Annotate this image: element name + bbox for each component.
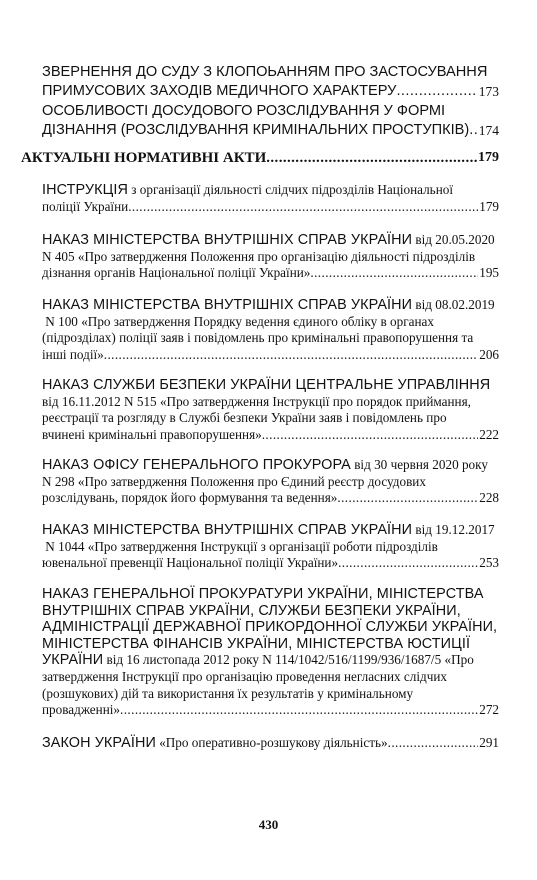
- toc-page-number: 174: [478, 121, 499, 140]
- toc-entry-line: УКРАЇНИ від 16 листопада 2012 року N 114…: [42, 652, 499, 669]
- dot-leader: [337, 490, 478, 507]
- toc-entry-text: з організації діяльності слідчих підрозд…: [128, 182, 453, 199]
- toc-page-number: 179: [478, 199, 499, 216]
- toc-entry-instruction[interactable]: ІНСТРУКЦІЯ з організації діяльності слід…: [42, 182, 499, 215]
- toc-entry-text: ПРИМУСОВИХ ЗАХОДІВ МЕДИЧНОГО ХАРАКТЕРУ: [42, 82, 396, 101]
- toc-entry-line: ОСОБЛИВОСТІ ДОСУДОВОГО РОЗСЛІДУВАННЯ У Ф…: [42, 102, 499, 121]
- toc-entry-line: ВНУТРІШНІХ СПРАВ УКРАЇНИ, СЛУЖБИ БЕЗПЕКИ…: [42, 603, 499, 620]
- toc-entry-text: від 19.12.2017: [412, 522, 495, 539]
- toc-entry-text: від 16.11.2012 N 515 «Про затвердження І…: [42, 394, 471, 411]
- toc-page-number: 206: [478, 347, 499, 364]
- section-title: АКТУАЛЬНІ НОРМАТИВНІ АКТИ: [21, 150, 266, 167]
- toc-entry-text: затвердження Інструкції про організацію …: [42, 669, 447, 686]
- toc-entry-line: інші події»206: [42, 347, 499, 364]
- dot-leader: [104, 347, 478, 364]
- toc-entry-line: від 16.11.2012 N 515 «Про затвердження І…: [42, 394, 499, 411]
- toc-page-number: 272: [478, 702, 499, 719]
- toc-page-number: 195: [478, 265, 499, 282]
- toc-page-number: 179: [477, 150, 499, 167]
- toc-entry-text: розслідувань, порядок його формування та…: [42, 490, 337, 507]
- page-number: 430: [0, 817, 537, 833]
- toc-entry-heading: АДМІНІСТРАЦІЇ ДЕРЖАВНОЇ ПРИКОРДОННОЇ СЛУ…: [42, 619, 497, 636]
- toc-entry-text: від 16 листопада 2012 року N 114/1042/51…: [103, 652, 474, 669]
- toc-entry-line: ПРИМУСОВИХ ЗАХОДІВ МЕДИЧНОГО ХАРАКТЕРУ17…: [42, 82, 499, 101]
- toc-entry-heading: НАКАЗ ОФІСУ ГЕНЕРАЛЬНОГО ПРОКУРОРА: [42, 457, 351, 474]
- toc-entry-mvs-order-2019[interactable]: НАКАЗ МІНІСТЕРСТВА ВНУТРІШНІХ СПРАВ УКРА…: [42, 297, 499, 363]
- toc-entry-text: N 100 «Про затвердження Порядку ведення …: [42, 314, 434, 331]
- toc-entry-line: реєстрації та розгляду в Службі безпеки …: [42, 410, 499, 427]
- toc-entry-line: ІНСТРУКЦІЯ з організації діяльності слід…: [42, 182, 499, 199]
- toc-entry-text: «Про оперативно-розшукову діяльність»: [156, 735, 388, 752]
- toc-entry-heading: НАКАЗ СЛУЖБИ БЕЗПЕКИ УКРАЇНИ ЦЕНТРАЛЬНЕ …: [42, 377, 490, 394]
- toc-entry-text: від 30 червня 2020 року: [351, 457, 488, 474]
- toc-entry-heading: ЗАКОН УКРАЇНИ: [42, 735, 156, 752]
- toc-entry-text: N 1044 «Про затвердження Інструкції з ор…: [42, 539, 438, 556]
- toc-entry-line: дізнання органів Національної поліції Ук…: [42, 265, 499, 282]
- dot-leader: [338, 555, 478, 572]
- toc-entry-line: провадженні»272: [42, 702, 499, 719]
- toc-entry-text: від 08.02.2019: [412, 297, 495, 314]
- toc-entry-text: ювенальної превенції Національної поліці…: [42, 555, 338, 572]
- dot-leader: [128, 199, 478, 216]
- toc-entry-line: АДМІНІСТРАЦІЇ ДЕРЖАВНОЇ ПРИКОРДОННОЇ СЛУ…: [42, 619, 499, 636]
- toc-entry-text: ОСОБЛИВОСТІ ДОСУДОВОГО РОЗСЛІДУВАННЯ У Ф…: [42, 102, 445, 121]
- toc-entry-line: ЗВЕРНЕННЯ ДО СУДУ З КЛОПОЬАННЯМ ПРО ЗАСТ…: [42, 63, 499, 82]
- dot-leader: [469, 121, 477, 140]
- toc-entry-heading: ІНСТРУКЦІЯ: [42, 182, 128, 199]
- document-page: ЗВЕРНЕННЯ ДО СУДУ З КЛОПОЬАННЯМ ПРО ЗАСТ…: [0, 0, 537, 880]
- toc-entry-line: НАКАЗ ГЕНЕРАЛЬНОЇ ПРОКУРАТУРИ УКРАЇНИ, М…: [42, 586, 499, 603]
- toc-entry-text: дізнання органів Національної поліції Ук…: [42, 265, 310, 282]
- toc-entry-text: реєстрації та розгляду в Службі безпеки …: [42, 410, 447, 427]
- toc-entry-text: провадженні»: [42, 702, 120, 719]
- toc-entry-line: вчинені кримінальні правопорушення»222: [42, 427, 499, 444]
- toc-entry-heading: ВНУТРІШНІХ СПРАВ УКРАЇНИ, СЛУЖБИ БЕЗПЕКИ…: [42, 603, 461, 620]
- toc-entry-line: N 1044 «Про затвердження Інструкції з ор…: [42, 539, 499, 556]
- toc-entry-mvs-order-2020[interactable]: НАКАЗ МІНІСТЕРСТВА ВНУТРІШНІХ СПРАВ УКРА…: [42, 232, 499, 282]
- toc-page-number: 173: [478, 82, 499, 101]
- toc-entry-line: АКТУАЛЬНІ НОРМАТИВНІ АКТИ179: [21, 150, 499, 167]
- dot-leader: [120, 702, 478, 719]
- toc-section-current-normative-acts[interactable]: АКТУАЛЬНІ НОРМАТИВНІ АКТИ179: [21, 150, 499, 167]
- toc-entry-line: НАКАЗ СЛУЖБИ БЕЗПЕКИ УКРАЇНИ ЦЕНТРАЛЬНЕ …: [42, 377, 499, 394]
- toc-entry-text: поліції України: [42, 199, 128, 216]
- toc-entry-line: поліції України179: [42, 199, 499, 216]
- toc-entry-law-operative-search[interactable]: ЗАКОН УКРАЇНИ «Про оперативно-розшукову …: [42, 735, 499, 752]
- toc-entry-heading: НАКАЗ МІНІСТЕРСТВА ВНУТРІШНІХ СПРАВ УКРА…: [42, 297, 412, 314]
- toc-entry-court-appeal[interactable]: ЗВЕРНЕННЯ ДО СУДУ З КЛОПОЬАННЯМ ПРО ЗАСТ…: [42, 63, 499, 101]
- toc-entry-line: ювенальної превенції Національної поліці…: [42, 555, 499, 572]
- toc-entry-pretrial-features[interactable]: ОСОБЛИВОСТІ ДОСУДОВОГО РОЗСЛІДУВАННЯ У Ф…: [42, 102, 499, 140]
- dot-leader: [266, 150, 477, 167]
- toc-entry-text: від 20.05.2020: [412, 232, 495, 249]
- toc-page-number: 291: [478, 735, 499, 752]
- toc-entry-line: розслідувань, порядок його формування та…: [42, 490, 499, 507]
- toc-entry-line: НАКАЗ МІНІСТЕРСТВА ВНУТРІШНІХ СПРАВ УКРА…: [42, 297, 499, 314]
- toc-entry-text: N 298 «Про затвердження Положення про Єд…: [42, 474, 426, 491]
- toc-entry-heading: НАКАЗ ГЕНЕРАЛЬНОЇ ПРОКУРАТУРИ УКРАЇНИ, М…: [42, 586, 484, 603]
- dot-leader: [262, 427, 478, 444]
- toc-entry-text: (розшукових) дій та використання їх резу…: [42, 686, 413, 703]
- toc-entry-text: ЗВЕРНЕННЯ ДО СУДУ З КЛОПОЬАННЯМ ПРО ЗАСТ…: [42, 63, 487, 82]
- toc-page-number: 222: [478, 427, 499, 444]
- toc-page-number: 253: [478, 555, 499, 572]
- toc-entry-line: N 100 «Про затвердження Порядку ведення …: [42, 314, 499, 331]
- toc-entry-text: інші події»: [42, 347, 104, 364]
- dot-leader: [396, 82, 477, 101]
- toc-entry-heading: НАКАЗ МІНІСТЕРСТВА ВНУТРІШНІХ СПРАВ УКРА…: [42, 232, 412, 249]
- toc-entry-line: НАКАЗ МІНІСТЕРСТВА ВНУТРІШНІХ СПРАВ УКРА…: [42, 232, 499, 249]
- toc-entry-prosecutor-office-order-2020[interactable]: НАКАЗ ОФІСУ ГЕНЕРАЛЬНОГО ПРОКУРОРА від 3…: [42, 457, 499, 507]
- toc-entry-line: N 405 «Про затвердження Положення про ор…: [42, 249, 499, 266]
- toc-entry-heading: УКРАЇНИ: [42, 652, 103, 669]
- toc-entry-line: (підрозділах) поліції заяв і повідомлень…: [42, 330, 499, 347]
- toc-entry-mvs-order-2017[interactable]: НАКАЗ МІНІСТЕРСТВА ВНУТРІШНІХ СПРАВ УКРА…: [42, 522, 499, 572]
- toc-entry-line: НАКАЗ МІНІСТЕРСТВА ВНУТРІШНІХ СПРАВ УКРА…: [42, 522, 499, 539]
- toc-entry-line: ДІЗНАННЯ (РОЗСЛІДУВАННЯ КРИМІНАЛЬНИХ ПРО…: [42, 121, 499, 140]
- toc-entry-heading: НАКАЗ МІНІСТЕРСТВА ВНУТРІШНІХ СПРАВ УКРА…: [42, 522, 412, 539]
- toc-entry-text: (підрозділах) поліції заяв і повідомлень…: [42, 330, 473, 347]
- toc-entry-sbu-order-2012[interactable]: НАКАЗ СЛУЖБИ БЕЗПЕКИ УКРАЇНИ ЦЕНТРАЛЬНЕ …: [42, 377, 499, 443]
- toc-entry-line: (розшукових) дій та використання їх резу…: [42, 686, 499, 703]
- toc-entry-heading: МІНІСТЕРСТВА ФІНАНСІВ УКРАЇНИ, МІНІСТЕРС…: [42, 636, 470, 653]
- toc-entry-line: N 298 «Про затвердження Положення про Єд…: [42, 474, 499, 491]
- toc-entry-line: затвердження Інструкції про організацію …: [42, 669, 499, 686]
- toc-entry-joint-order-2012[interactable]: НАКАЗ ГЕНЕРАЛЬНОЇ ПРОКУРАТУРИ УКРАЇНИ, М…: [42, 586, 499, 719]
- toc-entry-line: МІНІСТЕРСТВА ФІНАНСІВ УКРАЇНИ, МІНІСТЕРС…: [42, 636, 499, 653]
- toc-entry-line: НАКАЗ ОФІСУ ГЕНЕРАЛЬНОГО ПРОКУРОРА від 3…: [42, 457, 499, 474]
- toc-entry-text: N 405 «Про затвердження Положення про ор…: [42, 249, 475, 266]
- toc-entry-line: ЗАКОН УКРАЇНИ «Про оперативно-розшукову …: [42, 735, 499, 752]
- toc-page-number: 228: [478, 490, 499, 507]
- dot-leader: [310, 265, 478, 282]
- toc-entry-text: ДІЗНАННЯ (РОЗСЛІДУВАННЯ КРИМІНАЛЬНИХ ПРО…: [42, 121, 469, 140]
- toc-entry-text: вчинені кримінальні правопорушення»: [42, 427, 262, 444]
- dot-leader: [388, 735, 479, 752]
